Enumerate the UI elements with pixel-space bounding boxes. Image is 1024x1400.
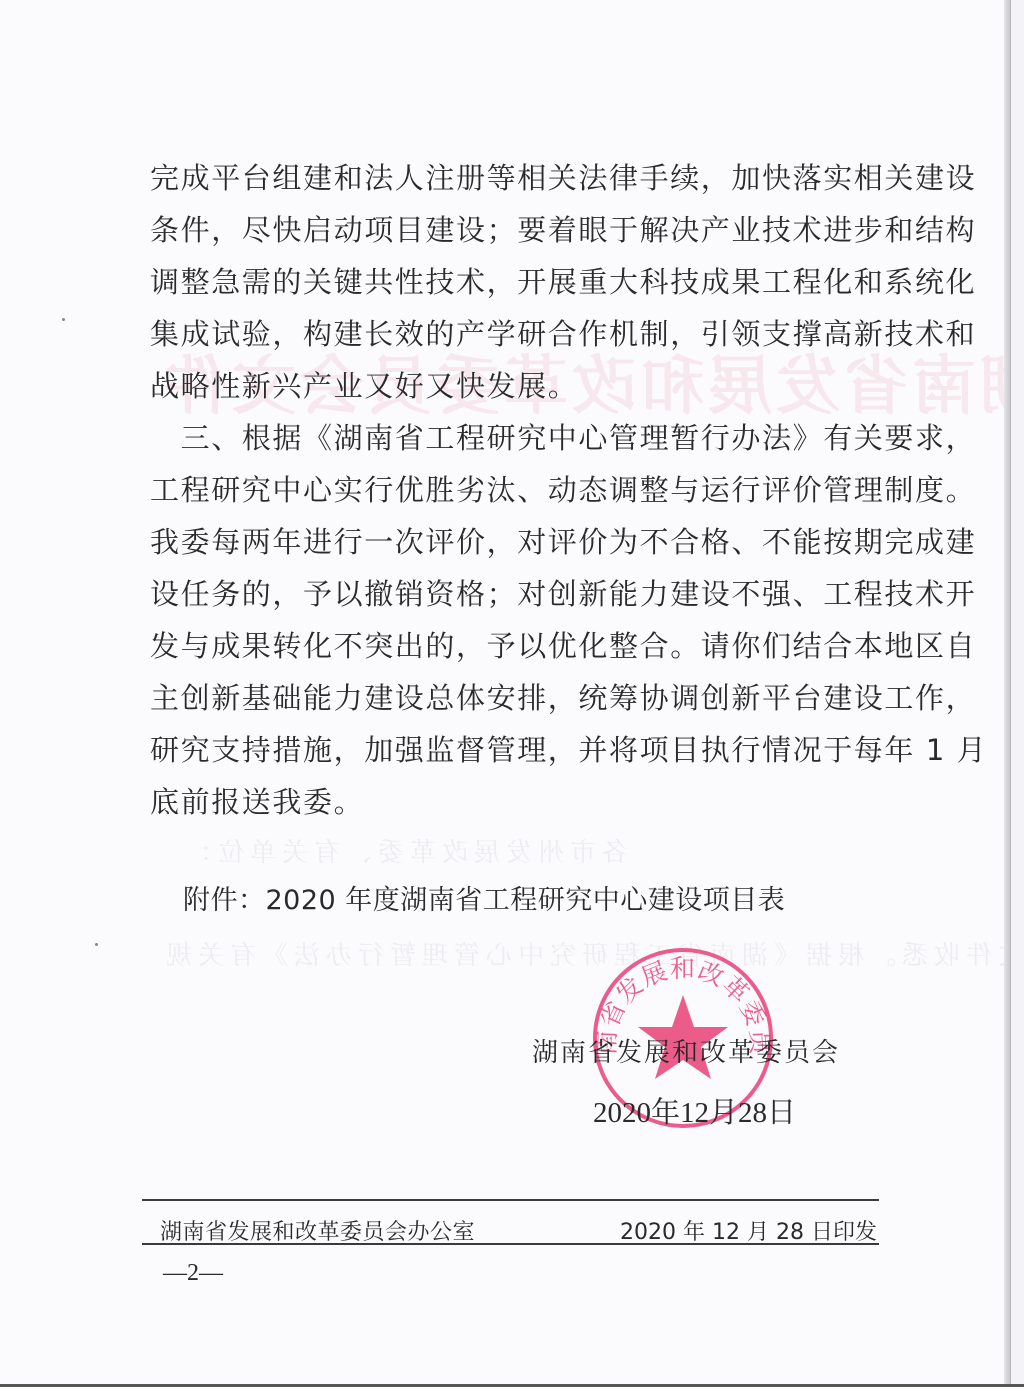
text-line: 发与成果转化不突出的，予以优化整合。请你们结合本地区自 [150,620,890,672]
text-line: 研究支持措施，加强监督管理，并将项目执行情况于每年 1 月 [150,724,890,776]
text-line: 条件，尽快启动项目建设；要着眼于解决产业技术进步和结构 [150,204,890,256]
text-line: 工程研究中心实行优胜劣汰、动态调整与运行评价管理制度。 [150,464,890,516]
signature-organization: 湖南省发展和改革委员会 [532,1032,840,1069]
attachment-reference: 附件：2020 年度湖南省工程研究中心建设项目表 [183,878,785,917]
text-line: 设任务的，予以撤销资格；对创新能力建设不强、工程技术开 [150,568,890,620]
scan-border-bottom [0,1384,1024,1400]
text-line: 调整急需的关键共性技术，开展重大科技成果工程化和系统化 [150,256,890,308]
text-line: 战略性新兴产业又好又快发展。 [150,360,890,412]
text-line: 主创新基础能力建设总体安排，统筹协调创新平台建设工作， [150,672,890,724]
document-page: 湖南省发展和改革委员会文件 各市州发展改革委、有关单位： 文件收悉。根据《湖南省… [0,0,1010,1384]
paragraph-section-three: 三、根据《湖南省工程研究中心管理暂行办法》有关要求， 工程研究中心实行优胜劣汰、… [150,412,890,828]
text-line: 三、根据《湖南省工程研究中心管理暂行办法》有关要求， [150,412,890,464]
bleed-through-line: 文件收悉。根据《湖南省工程研究中心管理暂行办法》有关规 [160,935,1010,972]
issuing-office: 湖南省发展和改革委员会办公室 [160,1215,475,1246]
page-number: —2— [163,1260,223,1287]
footer-bottom-rule [142,1243,879,1245]
issue-date: 2020 年 12 月 28 日印发 [620,1215,877,1246]
scan-border-right [1010,0,1024,1384]
bleed-through-line: 各市州发展改革委、有关单位： [180,832,628,869]
signature-date: 2020年12月28日 [593,1090,796,1131]
paragraph-continuation: 完成平台组建和法人注册等相关法律手续，加快落实相关建设 条件，尽快启动项目建设；… [150,152,890,412]
scan-speck [95,943,98,946]
text-line: 底前报送我委。 [150,776,890,828]
text-line: 完成平台组建和法人注册等相关法律手续，加快落实相关建设 [150,152,890,204]
text-line: 我委每两年进行一次评价，对评价为不合格、不能按期完成建 [150,516,890,568]
footer-top-rule [142,1199,879,1201]
scan-speck [62,318,65,321]
text-line: 集成试验，构建长效的产学研合作机制，引领支撑高新技术和 [150,308,890,360]
